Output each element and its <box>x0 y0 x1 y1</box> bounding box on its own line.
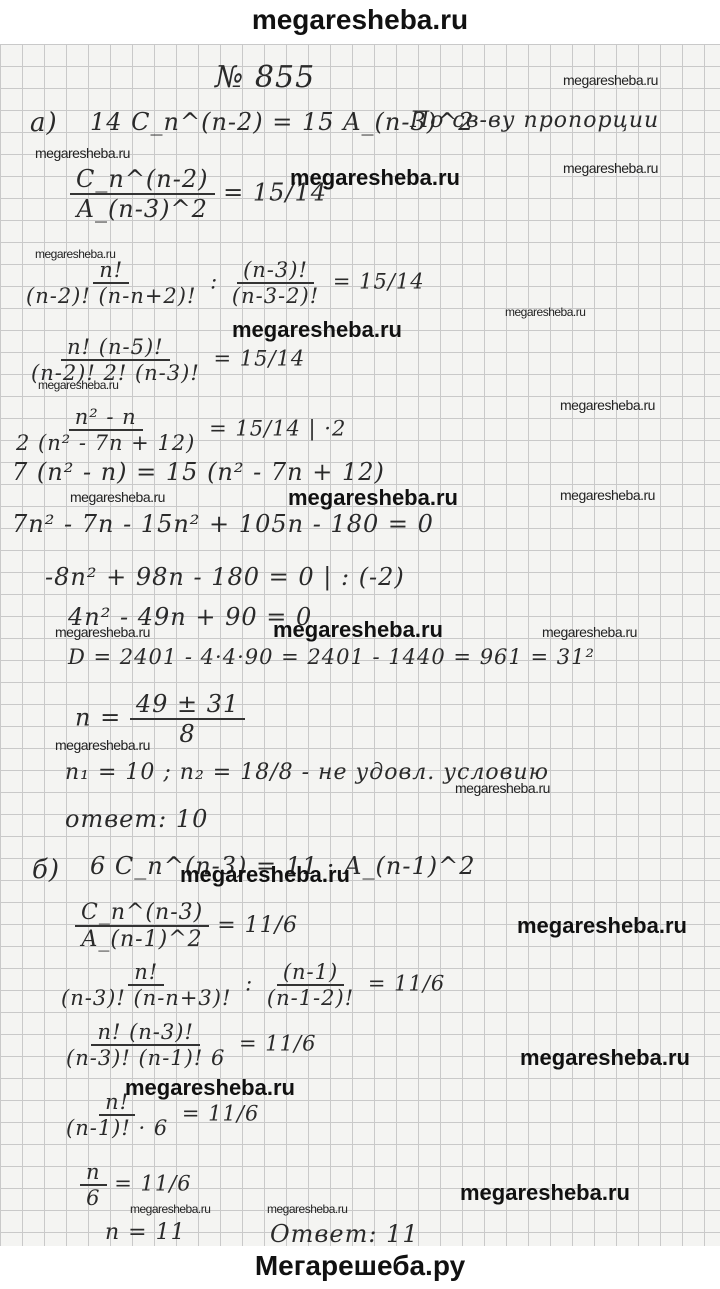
fraction-denominator: (n-1)! · 6 <box>60 1116 174 1140</box>
part-a-note: По св-ву пропорции <box>410 108 659 133</box>
fraction-rhs: = 15/14 | ·2 <box>209 417 346 441</box>
fraction-numerator: C_n^(n-3) <box>75 900 209 927</box>
part-a-discriminant: D = 2401 - 4·4·90 = 2401 - 1440 = 961 = … <box>68 645 595 669</box>
fraction-denominator: (n-2)! (n-n+2)! <box>20 284 202 308</box>
fraction-numerator: n² - n <box>69 405 143 431</box>
problem-number: № 855 <box>215 60 315 95</box>
fraction-denominator: A_(n-3)^2 <box>71 195 214 223</box>
fraction-denominator: (n-3)! (n-n+3)! <box>55 986 237 1010</box>
watermark: megaresheba.ru <box>455 780 550 796</box>
roots-lhs: n = <box>75 704 121 732</box>
watermark: megaresheba.ru <box>560 487 655 503</box>
fraction-denominator: (n-3)! (n-1)! 6 <box>60 1046 231 1070</box>
division-sign: : <box>210 270 218 294</box>
part-a-step-4: n² - n2 (n² - 7n + 12) = 15/14 | ·2 <box>10 405 346 455</box>
watermark: megaresheba.ru <box>55 737 150 753</box>
site-footer: Мегарешеба.ру <box>0 1246 720 1289</box>
part-b-step-1: C_n^(n-3)A_(n-1)^2 = 11/6 <box>75 900 298 952</box>
fraction-denominator: (n-3-2)! <box>226 284 325 308</box>
watermark: megaresheba.ru <box>560 397 655 413</box>
watermark: megaresheba.ru <box>180 862 350 888</box>
watermark: megaresheba.ru <box>125 1075 295 1101</box>
part-b-result: n = 11 <box>105 1220 186 1245</box>
watermark: megaresheba.ru <box>520 1045 690 1071</box>
watermark: megaresheba.ru <box>35 247 115 261</box>
part-b-answer: Ответ: 11 <box>270 1220 419 1248</box>
fraction-rhs: = 11/6 <box>368 972 445 996</box>
part-a-step-5: 7 (n² - n) = 15 (n² - 7n + 12) <box>12 458 385 486</box>
fraction-numerator: n! <box>93 258 129 284</box>
fraction-rhs: = 11/6 <box>239 1032 316 1056</box>
watermark: megaresheba.ru <box>505 305 585 319</box>
part-b-label: б) <box>32 855 60 885</box>
fraction-numerator: (n-1) <box>277 960 344 986</box>
watermark: megaresheba.ru <box>130 1202 210 1216</box>
watermark: megaresheba.ru <box>563 72 658 88</box>
fraction-denominator: 8 <box>173 720 201 748</box>
watermark: megaresheba.ru <box>70 489 165 505</box>
part-a-step-2: n!(n-2)! (n-n+2)! : (n-3)!(n-3-2)! = 15/… <box>20 258 425 308</box>
fraction-rhs: = 15/14 <box>213 347 305 371</box>
site-header: megaresheba.ru <box>0 0 720 44</box>
part-a-step-6: 7n² - 7n - 15n² + 105n - 180 = 0 <box>12 510 434 538</box>
fraction-denominator: 6 <box>80 1186 106 1210</box>
fraction-numerator: 49 ± 31 <box>130 690 245 720</box>
watermark: megaresheba.ru <box>267 1202 347 1216</box>
part-a-label: а) <box>30 108 58 138</box>
part-a-step-1: C_n^(n-2)A_(n-3)^2 = 15/14 <box>70 165 327 223</box>
watermark: megaresheba.ru <box>563 160 658 176</box>
watermark: megaresheba.ru <box>55 624 150 640</box>
watermark: megaresheba.ru <box>273 617 443 643</box>
division-sign: : <box>245 972 253 996</box>
fraction-numerator: (n-3)! <box>237 258 314 284</box>
watermark: megaresheba.ru <box>288 485 458 511</box>
fraction-denominator: 2 (n² - 7n + 12) <box>10 431 201 455</box>
fraction-numerator: C_n^(n-2) <box>70 165 215 195</box>
fraction-rhs: = 15/14 <box>333 270 425 294</box>
fraction-numerator: n! <box>128 960 164 986</box>
part-a-step-7: -8n² + 98n - 180 = 0 | : (-2) <box>45 563 405 591</box>
watermark: megaresheba.ru <box>460 1180 630 1206</box>
fraction-denominator: (n-1-2)! <box>261 986 360 1010</box>
watermark: megaresheba.ru <box>290 165 460 191</box>
part-b-step-2: n!(n-3)! (n-n+3)! : (n-1)(n-1-2)! = 11/6 <box>55 960 445 1010</box>
fraction-rhs: = 11/6 <box>114 1172 191 1196</box>
fraction-numerator: n! (n-5)! <box>61 335 169 361</box>
fraction-rhs: = 11/6 <box>217 913 298 938</box>
fraction-numerator: n! (n-3)! <box>91 1020 199 1046</box>
watermark: megaresheba.ru <box>35 145 130 161</box>
watermark: megaresheba.ru <box>517 913 687 939</box>
watermark: megaresheba.ru <box>232 317 402 343</box>
fraction-rhs: = 11/6 <box>182 1102 259 1126</box>
part-b-step-3: n! (n-3)!(n-3)! (n-1)! 6 = 11/6 <box>60 1020 316 1070</box>
fraction-denominator: A_(n-1)^2 <box>76 927 209 952</box>
part-a-answer: ответ: 10 <box>65 805 208 833</box>
fraction-numerator: n <box>80 1160 107 1186</box>
watermark: megaresheba.ru <box>38 378 118 392</box>
watermark: megaresheba.ru <box>542 624 637 640</box>
